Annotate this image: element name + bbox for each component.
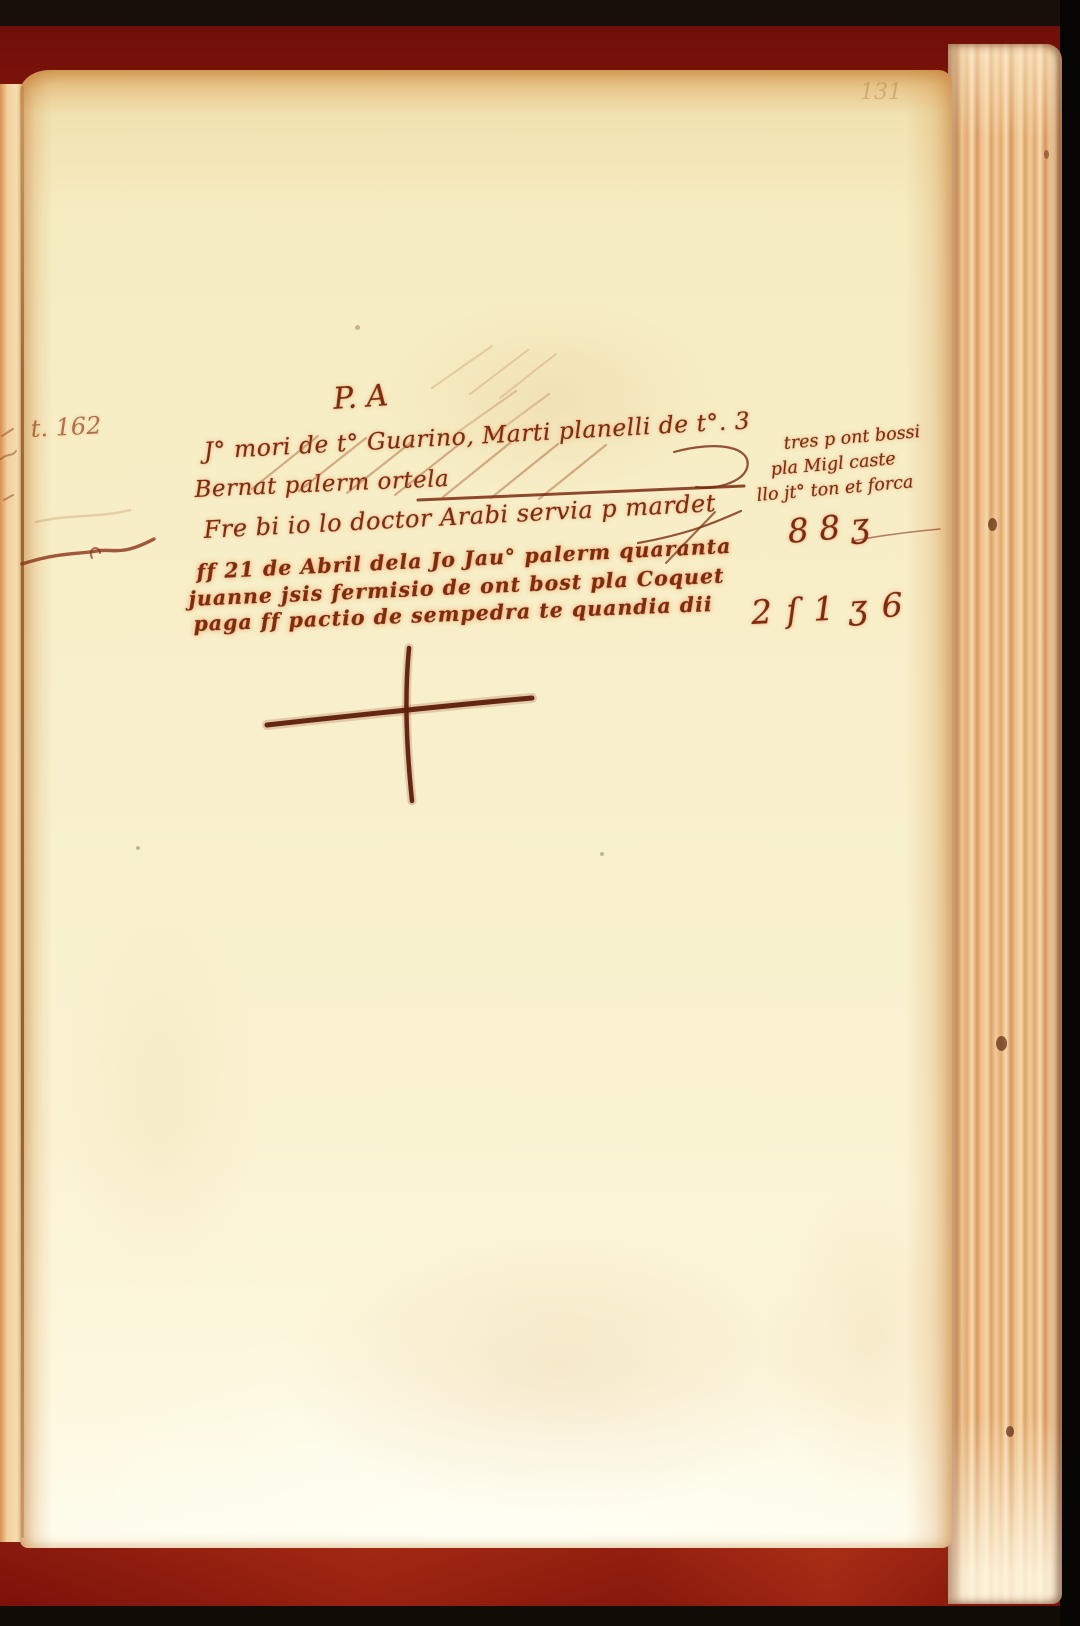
frame-right-black [1060, 0, 1080, 1626]
margin-amount-1: 8 8 ʒ [786, 505, 871, 551]
manuscript-photo: 131 t. 162 P. A J° mori de t° Guarino, M… [0, 0, 1080, 1626]
ink-speck [136, 846, 140, 850]
book-fore-edge-pages [948, 44, 1062, 1604]
ink-speck [355, 325, 360, 330]
page-gutter-shadow [21, 86, 24, 1538]
fore-edge-speck [1044, 150, 1049, 159]
ink-speck [600, 852, 604, 856]
margin-amount-2: 2 ſ 1 ʒ 6 [750, 585, 906, 632]
fore-edge-speck [996, 1036, 1007, 1051]
entry-heading: P. A [332, 378, 389, 417]
folio-margin-note: t. 162 [30, 411, 102, 443]
fore-edge-speck [988, 518, 997, 531]
manuscript-page [20, 70, 952, 1548]
faint-page-number: 131 [860, 80, 902, 105]
fore-edge-speck [1006, 1426, 1014, 1437]
binding-bottom-highlight [0, 1540, 1062, 1606]
